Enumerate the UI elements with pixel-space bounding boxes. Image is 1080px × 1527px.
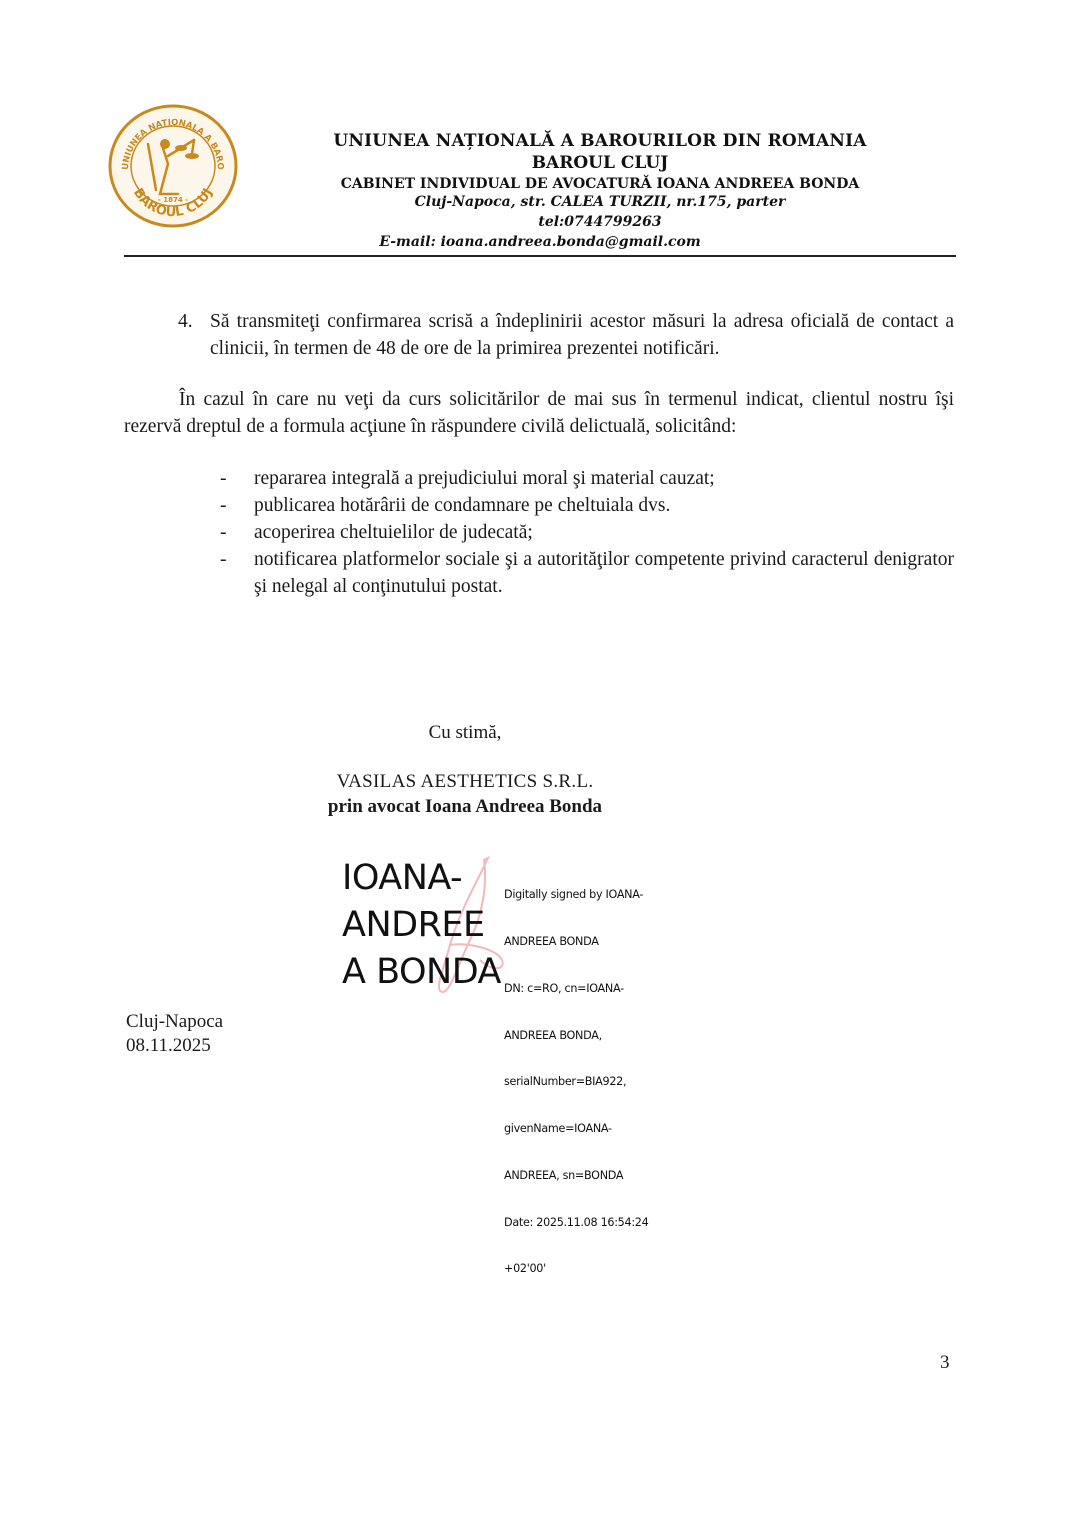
claim-text: notificarea platformelor sociale şi a au… xyxy=(254,549,954,597)
header-union-name: UNIUNEA NAȚIONALĂ A BAROURILOR DIN ROMAN… xyxy=(300,131,900,151)
company-name: VASILAS AESTHETICS S.R.L. xyxy=(300,771,630,793)
list-item-number: 4. xyxy=(178,308,193,335)
signature-name-line: A BONDA xyxy=(342,949,501,996)
signature-detail-line: serialNumber=BIA922, xyxy=(504,1074,648,1090)
signature-name: IOANA- ANDREE A BONDA xyxy=(342,855,501,996)
claim-text: publicarea hotărârii de condamnare pe ch… xyxy=(254,495,670,516)
claim-text: acoperirea cheltuielilor de judecată; xyxy=(254,522,533,543)
signature-name-line: IOANA- xyxy=(342,855,501,902)
signature-details: Digitally signed by IOANA- ANDREEA BONDA… xyxy=(504,856,648,1293)
signature-detail-line: ANDREEA BONDA, xyxy=(504,1028,648,1044)
bullet-dash: - xyxy=(220,492,227,519)
signature-detail-line: +02'00' xyxy=(504,1261,648,1277)
salutation: Cu stimă, xyxy=(300,722,630,744)
signature-detail-line: ANDREEA, sn=BONDA xyxy=(504,1168,648,1184)
header-phone: tel:0744799263 xyxy=(300,214,900,230)
claim-item: -notificarea platformelor sociale şi a a… xyxy=(220,546,954,600)
list-item-4-text: Să transmiteţi confirmarea scrisă a înde… xyxy=(210,308,954,362)
header-bar-name: BAROUL CLUJ xyxy=(300,153,900,173)
claim-text: repararea integrală a prejudiciului mora… xyxy=(254,468,715,489)
signature-detail-line: givenName=IOANA- xyxy=(504,1121,648,1137)
bullet-dash: - xyxy=(220,546,227,573)
signature-detail-line: Date: 2025.11.08 16:54:24 xyxy=(504,1215,648,1231)
place-and-date: Cluj-Napoca 08.11.2025 xyxy=(126,1010,223,1058)
bullet-dash: - xyxy=(220,465,227,492)
seal-year: - 1874 - xyxy=(158,196,188,204)
signature-name-line: ANDREE xyxy=(342,902,501,949)
header-address: Cluj-Napoca, str. CALEA TURZII, nr.175, … xyxy=(300,194,900,210)
claims-list: -repararea integrală a prejudiciului mor… xyxy=(220,465,954,600)
date: 08.11.2025 xyxy=(126,1034,223,1058)
page-number: 3 xyxy=(940,1352,950,1374)
header-divider xyxy=(124,255,956,257)
claim-item: -publicarea hotărârii de condamnare pe c… xyxy=(220,492,954,519)
lawyer-line: prin avocat Ioana Andreea Bonda xyxy=(300,796,630,818)
signature-detail-line: ANDREEA BONDA xyxy=(504,934,648,950)
consequences-paragraph: În cazul în care nu veţi da curs solicit… xyxy=(124,386,954,440)
signature-detail-line: Digitally signed by IOANA- xyxy=(504,887,648,903)
place: Cluj-Napoca xyxy=(126,1010,223,1034)
signature-detail-line: DN: c=RO, cn=IOANA- xyxy=(504,981,648,997)
header-cabinet-name: CABINET INDIVIDUAL DE AVOCATURĂ IOANA AN… xyxy=(300,176,900,192)
claim-item: -repararea integrală a prejudiciului mor… xyxy=(220,465,954,492)
bullet-dash: - xyxy=(220,519,227,546)
claim-item: -acoperirea cheltuielilor de judecată; xyxy=(220,519,954,546)
header-email: E-mail: ioana.andreea.bonda@gmail.com xyxy=(300,234,780,250)
baroul-cluj-seal-logo: UNIUNEA NATIONALA A BAROURILOR DIN ROMAN… xyxy=(108,104,238,228)
